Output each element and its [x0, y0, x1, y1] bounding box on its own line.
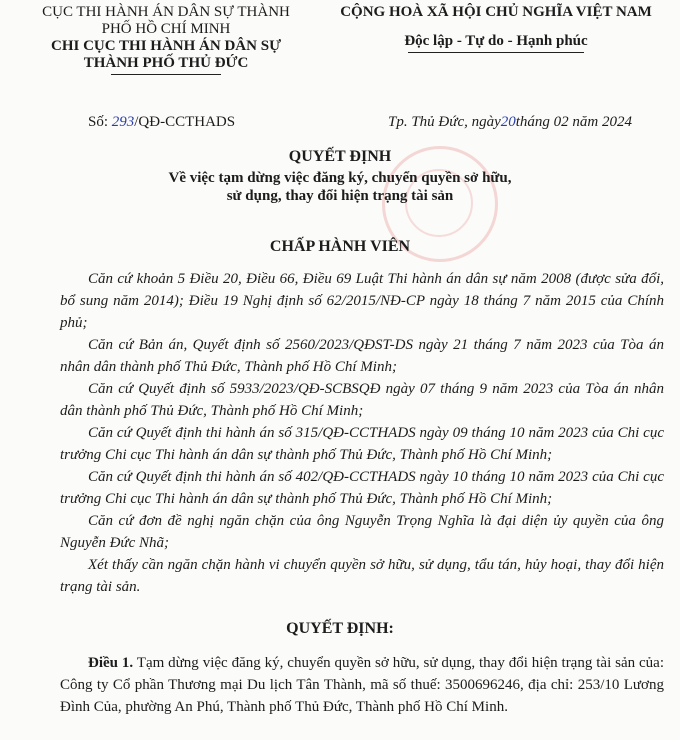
bleed-through-text — [330, 58, 333, 71]
ground-item: Căn cứ đơn đề nghị ngăn chặn của ông Ngu… — [60, 510, 664, 554]
legal-grounds: Căn cứ khoản 5 Điều 20, Điều 66, Điều 69… — [60, 268, 664, 598]
date-suffix: tháng 02 năm 2024 — [516, 114, 632, 130]
title-subject-line-2: sử dụng, thay đổi hiện trạng tài sản — [0, 187, 680, 205]
header-divider — [111, 74, 221, 75]
national-header: CỘNG HOÀ XÃ HỘI CHỦ NGHĨA VIỆT NAM Độc l… — [316, 4, 676, 53]
issuer-role: CHẤP HÀNH VIÊN — [0, 238, 680, 256]
number-handwritten: 293 — [112, 114, 135, 130]
ground-item: Căn cứ Quyết định số 5933/2023/QĐ-SCBSQĐ… — [60, 378, 664, 422]
ground-item: Căn cứ Quyết định thi hành án số 315/QĐ-… — [60, 422, 664, 466]
number-prefix: Số: — [88, 114, 112, 130]
national-motto: Độc lập - Tự do - Hạnh phúc — [316, 33, 676, 50]
issuing-agency-header: CỤC THI HÀNH ÁN DÂN SỰ THÀNH PHỐ HỒ CHÍ … — [16, 4, 316, 75]
document-number: Số: 293/QĐ-CCTHADS — [88, 114, 235, 131]
document-title: QUYẾT ĐỊNH Về việc tạm dừng việc đăng ký… — [0, 148, 680, 205]
article-1-text: Tạm dừng việc đăng ký, chuyển quyền sở h… — [60, 655, 664, 715]
agency-line-1: CỤC THI HÀNH ÁN DÂN SỰ THÀNH — [16, 4, 316, 21]
document-date: Tp. Thủ Đức, ngày20tháng 02 năm 2024 — [388, 114, 632, 131]
decision-heading: QUYẾT ĐỊNH: — [0, 620, 680, 638]
agency-line-2: PHỐ HỒ CHÍ MINH — [16, 21, 316, 38]
title-main: QUYẾT ĐỊNH — [0, 148, 680, 166]
number-suffix: /QĐ-CCTHADS — [134, 114, 235, 130]
branch-line-2: THÀNH PHỐ THỦ ĐỨC — [16, 55, 316, 72]
title-subject-line-1: Về việc tạm dừng việc đăng ký, chuyển qu… — [0, 169, 680, 187]
ground-item: Xét thấy cần ngăn chặn hành vi chuyển qu… — [60, 554, 664, 598]
ground-item: Căn cứ khoản 5 Điều 20, Điều 66, Điều 69… — [60, 268, 664, 334]
article-1: Điều 1. Tạm dừng việc đăng ký, chuyển qu… — [60, 652, 664, 718]
article-1-label: Điều 1. — [88, 655, 133, 671]
ground-item: Căn cứ Quyết định thi hành án số 402/QĐ-… — [60, 466, 664, 510]
date-handwritten-day: 20 — [501, 114, 516, 130]
date-prefix: Tp. Thủ Đức, ngày — [388, 114, 501, 130]
ground-item: Căn cứ Bản án, Quyết định số 2560/2023/Q… — [60, 334, 664, 378]
branch-line-1: CHI CỤC THI HÀNH ÁN DÂN SỰ — [16, 38, 316, 55]
nation-name: CỘNG HOÀ XÃ HỘI CHỦ NGHĨA VIỆT NAM — [316, 4, 676, 21]
motto-divider — [408, 52, 584, 53]
document-page: CỤC THI HÀNH ÁN DÂN SỰ THÀNH PHỐ HỒ CHÍ … — [0, 0, 680, 740]
